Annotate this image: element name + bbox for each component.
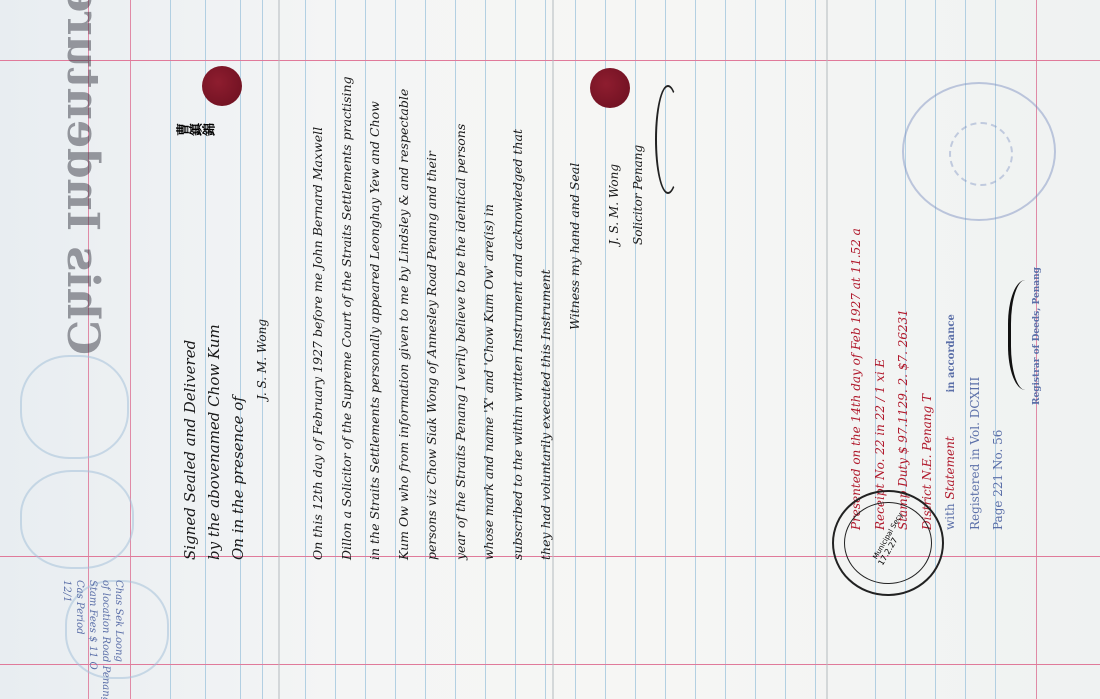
body-line: persons viz Chow Siak Wong of Annesley R… — [418, 77, 447, 561]
wax-seal — [590, 68, 630, 108]
fold-crease — [826, 0, 828, 699]
margin-note-line: Cas Period — [73, 580, 86, 699]
witness-signature: J. S. M. Wong — [250, 319, 274, 560]
rule-line — [815, 0, 816, 699]
attestation-line: by the abovenamed Chow Kum — [202, 319, 226, 560]
document-page: Chis Indenture Chas Sek Loong of locatio… — [0, 0, 1100, 699]
margin-line — [0, 60, 1100, 61]
deed-body: On this 12th day of February 1927 before… — [300, 80, 590, 560]
solicitor-signature: Solicitor Penang — [626, 145, 650, 245]
solicitor-signature: J. S. M. Wong — [602, 145, 626, 245]
municipal-registered-stamp: Municipal Secy 17.2.27 — [832, 490, 944, 596]
body-line: Dillon a Solicitor of the Supreme Court … — [333, 77, 362, 561]
volume-line: Registered in Vol. DCXIII — [964, 228, 988, 530]
embossed-revenue-stamp — [20, 470, 134, 569]
registrar-title: Registrar of Deeds, Penang — [1032, 230, 1052, 410]
body-line: they had voluntarily executed this Instr… — [532, 77, 561, 561]
margin-note-line: Chas Sek Loong — [112, 580, 125, 699]
district-line: District N.E. Penang T — [916, 228, 940, 530]
margin-note-line: Stam Fees $ 11 O — [86, 580, 99, 699]
presented-line: Presented on the 14th day of Feb 1927 at… — [845, 228, 869, 530]
margin-note-line: of location Road Penang — [99, 580, 112, 699]
body-line: whose mark and name 'X' and 'Chow Kum Ow… — [475, 77, 504, 561]
rule-line — [755, 0, 756, 699]
signature-flourish — [655, 85, 681, 194]
attestation-line: Signed Sealed and Delivered — [178, 319, 202, 560]
body-line: Witness my hand and Seal — [561, 77, 590, 561]
embossed-revenue-stamp — [20, 355, 129, 459]
rule-line — [695, 0, 696, 699]
chinese-signature: 曹鎮錦 — [176, 122, 215, 141]
body-line: Kum Ow who from information given to me … — [390, 77, 419, 561]
solicitor-signatures: J. S. M. Wong Solicitor Penang — [600, 110, 650, 250]
body-line: subscribed to the within written Instrum… — [504, 77, 533, 561]
attestation-block: Signed Sealed and Delivered by the above… — [178, 100, 288, 570]
body-line: year of the Straits Penang I verily beli… — [447, 77, 476, 561]
page-line: Page 221 No. 56 — [987, 228, 1011, 530]
statement-line: with Statement in accordance — [939, 228, 964, 530]
rule-line — [725, 0, 726, 699]
rule-line — [785, 0, 786, 699]
stamp-duty-line: Stamp Duty $ 97.1129. 2. $7. 26231 — [892, 228, 916, 530]
body-line: On this 12th day of February 1927 before… — [304, 77, 333, 561]
receipt-line: Receipt No. 22 in 22 / 1 xi E — [869, 228, 893, 530]
ghost-header: Chis Indenture — [108, 75, 168, 355]
body-line: in the Straits Settlements personally ap… — [361, 77, 390, 561]
registration-endorsement: Presented on the 14th day of Feb 1927 at… — [845, 100, 1015, 540]
rule-line — [635, 0, 636, 699]
margin-note: Chas Sek Loong of location Road Penang S… — [60, 580, 190, 695]
margin-note-line: 12/1 — [60, 580, 73, 699]
attestation-line: On in the presence of — [226, 319, 250, 560]
